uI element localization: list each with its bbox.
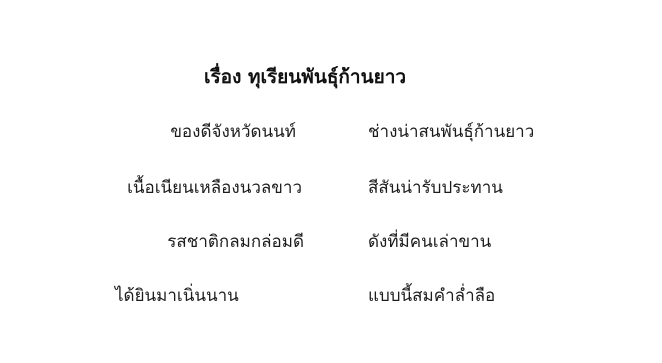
poem-line-2-left: เนื้อเนียนเหลืองนวลขาว [127,174,302,201]
poem-title: เรื่อง ทุเรียนพันธุ์ก้านยาว [0,62,610,92]
poem-line-1-left: ของดีจังหวัดนนท์ [170,118,296,145]
poem-line-4-left: ได้ยินมาเนิ่นนาน [115,282,239,309]
poem-line-3-right: ดังที่มีคนเล่าขาน [368,228,491,255]
poem-line-1-right: ช่างน่าสนพันธุ์ก้านยาว [368,118,534,145]
poem-line-2-right: สีสันน่ารับประทาน [368,174,503,201]
poem-line-3-left: รสชาติกลมกล่อมดี [167,228,304,255]
poem-line-4-right: แบบนี้สมคำล่ำลือ [368,282,495,309]
